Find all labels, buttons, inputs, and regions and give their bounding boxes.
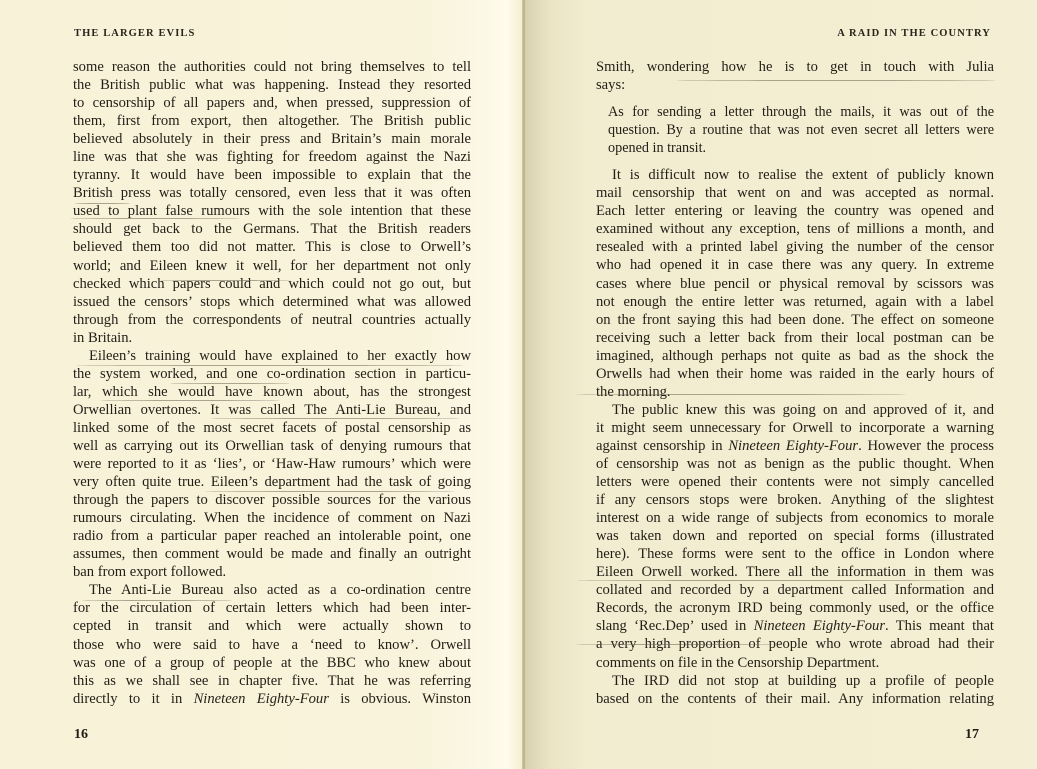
text-line: was taken down and reported on special f…	[596, 527, 994, 545]
text-line: the morning.	[596, 383, 994, 401]
text-line: Orwells had when their home was raided i…	[596, 365, 994, 383]
pencil-underline	[576, 644, 776, 645]
text-line: the British public what was happening. I…	[73, 76, 471, 94]
quote-line: question. By a routine that was not even…	[608, 121, 994, 139]
book-title: Nineteen Eighty-Four	[728, 438, 858, 454]
paragraph-start: The Anti-Lie Bureau also acted as a co-o…	[73, 581, 471, 599]
text-line: should get back to the Germans. That the…	[73, 220, 471, 238]
page-number-left: 16	[74, 727, 88, 743]
running-head-right: A RAID IN THE COUNTRY	[837, 28, 991, 39]
text-line: slang ‘Rec.Dep’ used in Nineteen Eighty-…	[596, 617, 994, 635]
text-line: examined without any exception, tens of …	[596, 220, 994, 238]
pencil-underline	[100, 400, 280, 401]
text-line: it might seem unnecessary for Orwell to …	[596, 419, 994, 437]
paragraph-start: Eileen’s training would have explained t…	[73, 347, 471, 365]
text-line: linked some of the most secret facets of…	[73, 419, 471, 437]
text-line: if any censors stops were broken. Anythi…	[596, 491, 994, 509]
text-line: rumours circulating. When the incidence …	[73, 509, 471, 527]
text-line: assumes, then comment would be made and …	[73, 545, 471, 563]
pencil-underline	[205, 491, 455, 492]
text-line: ban from export followed.	[73, 563, 471, 581]
text-line: British press was totally censored, even…	[73, 184, 471, 202]
text-line: some reason the authorities could not br…	[73, 58, 471, 76]
quote-line: As for sending a letter through the mail…	[608, 103, 994, 121]
text-line: line was that she was fighting for freed…	[73, 148, 471, 166]
text-line: Eileen Orwell worked. There all the info…	[596, 563, 994, 581]
text-line: radio from a particular paper reached an…	[73, 527, 471, 545]
text-line: of censorship was not as benign as the p…	[596, 455, 994, 473]
pencil-underline	[576, 394, 906, 395]
book-spread: THE LARGER EVILS some reason the authori…	[0, 0, 1037, 769]
text-line: through from the correspondents of neutr…	[73, 311, 471, 329]
text-line: them, first from export, then altogether…	[73, 112, 471, 130]
paragraph-start: The public knew this was going on and ap…	[596, 401, 994, 419]
text-line: checked which papers could and which cou…	[73, 275, 471, 293]
pencil-underline	[170, 383, 290, 384]
text-line: was one of a group of people at the BBC …	[73, 654, 471, 672]
left-page: THE LARGER EVILS some reason the authori…	[0, 0, 522, 769]
right-page: A RAID IN THE COUNTRY Smith, wondering h…	[526, 0, 1037, 769]
text-line: letters were opened their contents were …	[596, 473, 994, 491]
text-line: interest on a wide range of subjects fro…	[596, 509, 994, 527]
text-line: in Britain.	[73, 329, 471, 347]
text-line: well as carrying out its Orwellian task …	[73, 437, 471, 455]
text-line: to censorship of all papers and, when pr…	[73, 94, 471, 112]
text-line: says:	[596, 76, 994, 94]
text-line: this as we shall see in chapter five. Th…	[73, 672, 471, 690]
text-line: lar, which she would have known about, h…	[73, 383, 471, 401]
block-quote: As for sending a letter through the mail…	[596, 103, 994, 157]
text-line: against censorship in Nineteen Eighty-Fo…	[596, 437, 994, 455]
text-line: Orwellian overtones. It was called The A…	[73, 401, 471, 419]
text-line: based on the contents of their mail. Any…	[596, 690, 994, 708]
text-line: very often quite true. Eileen’s departme…	[73, 473, 471, 491]
text-line: Smith, wondering how he is to get in tou…	[596, 58, 994, 76]
pencil-underline	[75, 365, 465, 366]
text-line: were reported to it as ‘lies’, or ‘Haw-H…	[73, 455, 471, 473]
pencil-underline	[576, 580, 956, 581]
pencil-underline	[70, 218, 240, 219]
text-line: imagined, although perhaps not quite as …	[596, 347, 994, 365]
book-title: Nineteen Eighty-Four	[754, 618, 885, 634]
pencil-underline	[210, 418, 460, 419]
text-line: collated and recorded by a department ca…	[596, 581, 994, 599]
pencil-underline	[676, 80, 996, 81]
text-line: here). These forms were sent to the offi…	[596, 545, 994, 563]
text-line: who had opened it in case there was any …	[596, 256, 994, 274]
running-head-left: THE LARGER EVILS	[74, 28, 195, 39]
text-line: comments on file in the Censorship Depar…	[596, 654, 994, 672]
text-line: resealed with a printed label giving the…	[596, 238, 994, 256]
paragraph-start: It is difficult now to realise the exten…	[596, 166, 994, 184]
text-line: believed them too did not matter. This i…	[73, 238, 471, 256]
text-line: for the circulation of certain letters w…	[73, 599, 471, 617]
right-page-body: Smith, wondering how he is to get in tou…	[596, 58, 994, 708]
paragraph-start: The IRD did not stop at building up a pr…	[596, 672, 994, 690]
text-line: tyranny. It would have been impossible t…	[73, 166, 471, 184]
text-line: receiving such a letter back from their …	[596, 329, 994, 347]
text-line: those who were said to have a ‘need to k…	[73, 636, 471, 654]
pencil-underline	[82, 600, 232, 601]
text-line: the system worked, and one co-ordination…	[73, 365, 471, 383]
text-line: through the papers to discover possible …	[73, 491, 471, 509]
book-title: Nineteen Eighty-Four	[194, 691, 329, 707]
text-line: believed absolutely in their press and B…	[73, 130, 471, 148]
text-line: not enough the entire letter was returne…	[596, 293, 994, 311]
quote-line: opened in transit.	[608, 139, 994, 157]
pencil-underline	[160, 280, 290, 281]
text-line: cepted in transit and which were actuall…	[73, 617, 471, 635]
text-line: issued the censors’ stops which determin…	[73, 293, 471, 311]
text-line: Each letter entering or leaving the coun…	[596, 202, 994, 220]
text-line: cases where blue pencil or physical remo…	[596, 275, 994, 293]
text-line: on the front saying this had been done. …	[596, 311, 994, 329]
text-line: mail censorship that went on and was acc…	[596, 184, 994, 202]
text-line: directly to it in Nineteen Eighty-Four i…	[73, 690, 471, 708]
text-line: world; and Eileen knew it well, for her …	[73, 257, 471, 275]
text-line: Records, the acronym IRD being commonly …	[596, 599, 994, 617]
page-number-right: 17	[965, 727, 979, 743]
pencil-underline	[75, 203, 130, 204]
